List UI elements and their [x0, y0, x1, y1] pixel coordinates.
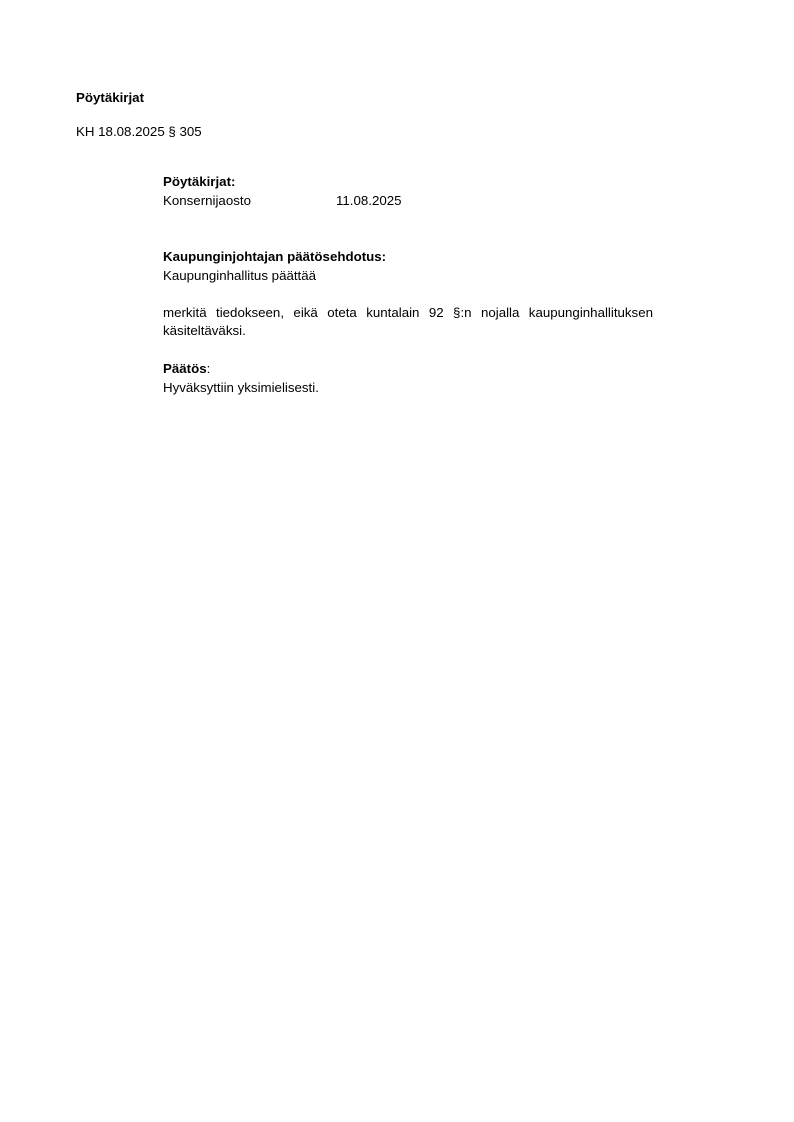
decision-text: Hyväksyttiin yksimielisesti.: [163, 379, 319, 397]
minutes-date: 11.08.2025: [336, 192, 402, 210]
decision-heading: Päätös:: [163, 360, 210, 378]
proposal-label: Kaupunginjohtajan päätösehdotus:: [163, 248, 386, 266]
minutes-organ-name: Konsernijaosto: [163, 192, 251, 210]
document-heading: Pöytäkirjat: [76, 89, 144, 107]
minutes-section-label: Pöytäkirjat:: [163, 173, 235, 191]
proposal-body: merkitä tiedokseen, eikä oteta kuntalain…: [163, 304, 653, 340]
decision-label: Päätös: [163, 361, 207, 376]
proposal-intro: Kaupunginhallitus päättää: [163, 267, 316, 285]
meeting-reference: KH 18.08.2025 § 305: [76, 123, 202, 141]
decision-label-colon: :: [207, 361, 211, 376]
